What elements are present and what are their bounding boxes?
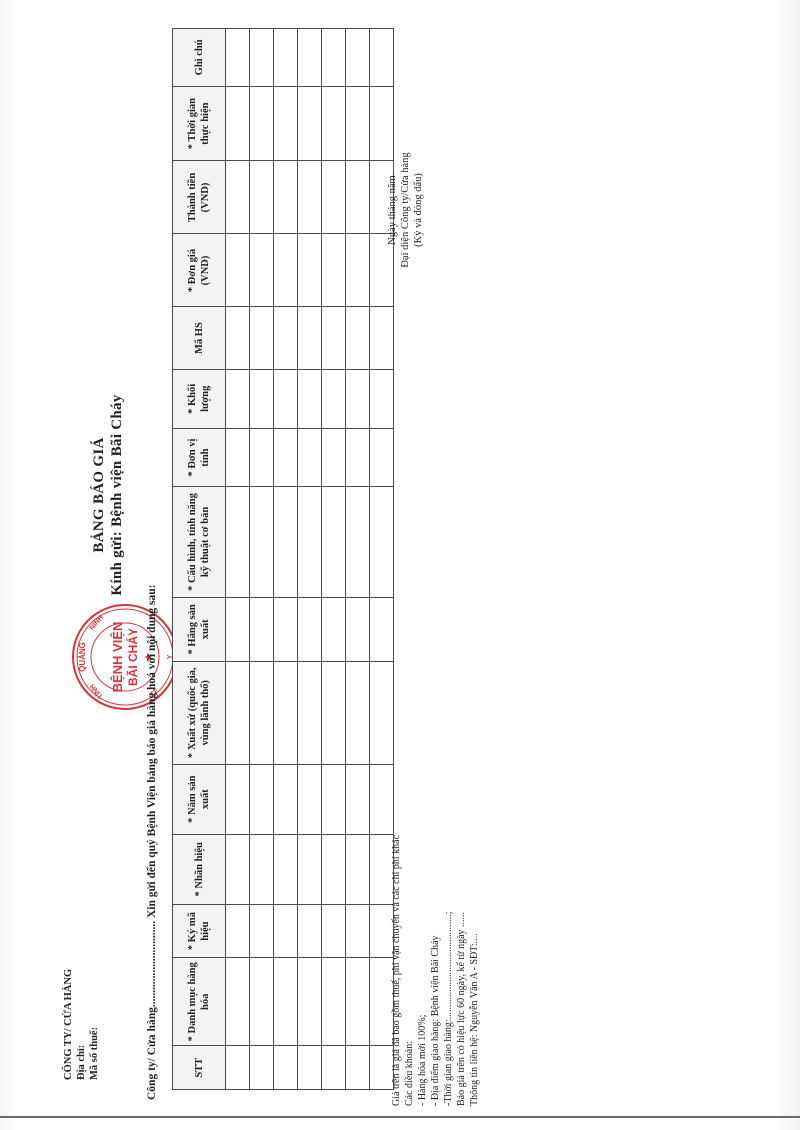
table-cell[interactable] [322,834,346,904]
table-cell[interactable] [226,905,250,958]
table-cell[interactable] [298,597,322,661]
table-cell[interactable] [226,487,250,598]
table-cell[interactable] [250,1046,274,1090]
table-cell[interactable] [322,29,346,87]
table-cell[interactable] [274,307,298,369]
terms-notes: Giá trên là giá đã bao gồm thuế, phí vận… [390,835,481,1106]
table-row [346,29,370,1090]
table-cell[interactable] [322,905,346,958]
table-cell[interactable] [250,834,274,904]
table-cell[interactable] [298,86,322,161]
document-title: BẢNG BÁO GIÁ Kính gửi: Bệnh viện Bãi Chá… [90,0,126,1130]
signature-date: Ngày tháng năm [386,130,399,290]
table-cell[interactable] [346,29,370,87]
table-cell[interactable] [346,1046,370,1090]
table-cell[interactable] [346,234,370,307]
signature-representative: Đại diện Công ty/Cửa hàng [399,130,412,290]
table-cell[interactable] [226,307,250,369]
note-line: Giá trên là giá đã bao gồm thuế, phí vận… [390,835,403,1106]
table-cell[interactable] [250,369,274,428]
table-cell[interactable] [226,86,250,161]
table-cell[interactable] [250,29,274,87]
table-cell[interactable] [250,307,274,369]
table-cell[interactable] [274,487,298,598]
table-cell[interactable] [274,86,298,161]
table-cell[interactable] [322,487,346,598]
table-cell[interactable] [346,86,370,161]
note-line: Thông tin liên hệ: Nguyễn Văn A - SĐT:..… [468,835,481,1106]
signature-instruction: (Ký và đóng dấu) [412,130,425,290]
table-cell[interactable] [226,369,250,428]
quotation-table: STT* Danh mục hàng hóa* Ký mã hiệu* Nhãn… [172,28,394,1090]
table-cell[interactable] [298,1046,322,1090]
table-cell[interactable] [322,307,346,369]
table-cell[interactable] [274,834,298,904]
company-address-label: Địa chỉ: [75,969,88,1080]
table-row [274,29,298,1090]
table-cell[interactable] [226,161,250,234]
note-line: - Hàng hóa mới 100%; [416,835,429,1106]
table-cell[interactable] [346,487,370,598]
column-header: * Xuất xứ (quốc gia, vùng lãnh thổ) [173,661,226,764]
table-cell[interactable] [346,958,370,1046]
table-cell[interactable] [274,597,298,661]
table-cell[interactable] [274,161,298,234]
table-cell[interactable] [370,29,394,87]
table-cell[interactable] [274,764,298,834]
table-cell[interactable] [274,661,298,764]
intro-text: Công ty/ Cửa hàng.......................… [146,585,158,1100]
table-cell[interactable] [346,834,370,904]
table-cell[interactable] [298,234,322,307]
company-name-label: CÔNG TY/ CỬA HÀNG [62,969,75,1080]
table-cell[interactable] [346,161,370,234]
svg-text:BÃI CHÁY: BÃI CHÁY [125,628,140,686]
table-row [226,29,250,1090]
table-cell[interactable] [322,161,346,234]
table-cell[interactable] [298,307,322,369]
table-cell[interactable] [250,86,274,161]
table-cell[interactable] [274,234,298,307]
column-header: STT [173,1046,226,1090]
table-cell[interactable] [322,661,346,764]
column-header: * Năm sản xuất [173,764,226,834]
table-row [322,29,346,1090]
svg-text:QUẢNG: QUẢNG [78,642,87,672]
table-cell[interactable] [322,958,346,1046]
table-header-row: STT* Danh mục hàng hóa* Ký mã hiệu* Nhãn… [173,29,226,1090]
title-main: BẢNG BÁO GIÁ [90,0,108,1060]
table-cell[interactable] [274,1046,298,1090]
table-cell[interactable] [346,661,370,764]
table-cell[interactable] [370,487,394,598]
table-cell[interactable] [322,1046,346,1090]
table-cell[interactable] [370,429,394,487]
table-cell[interactable] [298,958,322,1046]
table-cell[interactable] [298,161,322,234]
table-cell[interactable] [226,958,250,1046]
table-cell[interactable] [226,764,250,834]
table-cell[interactable] [250,905,274,958]
column-header: * Thời gian thực hiện [173,86,226,161]
note-line: Các điều khoản: [403,835,416,1106]
table-cell[interactable] [250,661,274,764]
table-cell[interactable] [226,429,250,487]
table-cell[interactable] [250,597,274,661]
table-cell[interactable] [226,661,250,764]
table-cell[interactable] [250,958,274,1046]
table-cell[interactable] [346,307,370,369]
table-row [250,29,274,1090]
column-header: Mã HS [173,307,226,369]
column-header: * Nhãn hiệu [173,834,226,904]
column-header: * Đơn giá (VND) [173,234,226,307]
table-cell[interactable] [274,429,298,487]
table-cell[interactable] [274,29,298,87]
table-cell[interactable] [322,597,346,661]
table-cell[interactable] [226,597,250,661]
table-cell[interactable] [298,834,322,904]
table-cell[interactable] [250,161,274,234]
column-header: * Khối lượng [173,369,226,428]
table-cell[interactable] [370,369,394,428]
table-cell[interactable] [346,369,370,428]
note-line: -Thời gian giao hàng:...................… [442,835,455,1106]
table-cell[interactable] [274,958,298,1046]
table-body [226,29,394,1090]
table-cell[interactable] [226,234,250,307]
table-cell[interactable] [226,29,250,87]
table-cell[interactable] [370,307,394,369]
table-cell[interactable] [250,764,274,834]
note-line: Báo giá trên có hiệu lực 60 ngày, kể từ … [455,835,468,1106]
table-cell[interactable] [322,764,346,834]
table-cell[interactable] [250,487,274,598]
table-cell[interactable] [298,661,322,764]
table-cell[interactable] [298,487,322,598]
quotation-page: CÔNG TY/ CỬA HÀNG Địa chỉ: Mã số thuế: B… [0,0,800,1130]
table-cell[interactable] [298,429,322,487]
table-cell[interactable] [298,905,322,958]
table-cell[interactable] [346,905,370,958]
table-cell[interactable] [250,234,274,307]
column-header: * Ký mã hiệu [173,905,226,958]
table-cell[interactable] [322,429,346,487]
table-cell[interactable] [370,661,394,764]
column-header: * Đơn vị tính [173,429,226,487]
table-cell[interactable] [274,369,298,428]
column-header: * Cấu hình, tính năng kỹ thuật cơ bản [173,487,226,598]
table-cell[interactable] [250,429,274,487]
column-header: Ghi chú [173,29,226,87]
column-header: * Danh mục hàng hóa [173,958,226,1046]
table-cell[interactable] [226,1046,250,1090]
column-header: * Hãng sản xuất [173,597,226,661]
table-cell[interactable] [346,429,370,487]
table-cell[interactable] [226,834,250,904]
table-cell[interactable] [370,597,394,661]
table-cell[interactable] [370,764,394,834]
table-cell[interactable] [346,764,370,834]
column-header: Thành tiền (VND) [173,161,226,234]
table-cell[interactable] [298,369,322,428]
table-cell[interactable] [322,86,346,161]
table-cell[interactable] [298,29,322,87]
table-cell[interactable] [346,597,370,661]
table-row [298,29,322,1090]
note-line: - Địa điểm giao hàng: Bệnh viện Bãi Cháy [429,835,442,1106]
table-cell[interactable] [322,234,346,307]
title-recipient: Kính gửi: Bệnh viện Bãi Cháy [108,0,126,1060]
table-cell[interactable] [298,764,322,834]
table-cell[interactable] [274,905,298,958]
signature-block: Ngày tháng năm Đại diện Công ty/Cửa hàng… [386,130,425,290]
table-cell[interactable] [322,369,346,428]
